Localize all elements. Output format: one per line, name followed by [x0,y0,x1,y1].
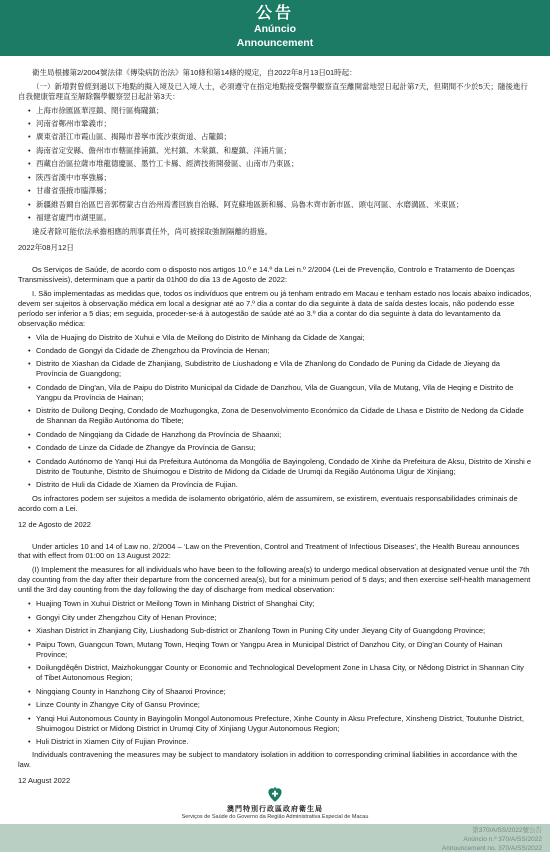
area-item: Vila de Huajing do Distrito de Xuhui e V… [28,333,532,343]
area-list-pt: Vila de Huajing do Distrito de Xuhui e V… [18,333,532,491]
area-item: Linze County in Zhangye City of Gansu Pr… [28,700,532,710]
area-item: 上海市徐匯區華涇鎮、閔行區梅隴鎮； [28,106,532,116]
area-item: Condado de Gongyi da Cidade de Zhengzhou… [28,346,532,356]
area-list-zh: 上海市徐匯區華涇鎮、閔行區梅隴鎮； 河南省鄭州市鞏義市； 廣東省湛江市霞山區、揭… [18,106,532,224]
area-item: Yanqi Hui Autonomous County in Bayingoli… [28,714,532,734]
area-item: Huli District in Xiamen City of Fujian P… [28,737,532,747]
area-item: Ningqiang County in Hanzhong City of Sha… [28,687,532,697]
paragraph: Under articles 10 and 14 of Law no. 2/20… [18,542,532,562]
area-item: 陝西省漢中市寧強縣； [28,173,532,183]
area-item: Distrito de Duilong Deqing, Condado de M… [28,406,532,426]
date-line-zh: 2022年08月12日 [18,243,532,253]
date-line-en: 12 August 2022 [18,776,532,786]
announcement-ref-zh: 第370/A/SS/2022號公告 [8,827,542,836]
area-item: Doilungdêqên District, Maizhokunggar Cou… [28,663,532,683]
announcement-ref-pt: Anúncio n.º 370/A/SS/2022 [8,836,542,845]
title-en: Announcement [0,37,550,50]
area-item: Gongyi City under Zhengzhou City of Hena… [28,613,532,623]
area-item: 甘肅省張掖市臨澤縣； [28,186,532,196]
health-bureau-logo-icon [267,787,283,803]
document-body: 衛生局根據第2/2004號法律《傳染病防治法》第10條和第14條的規定，自202… [0,56,550,787]
area-item: 河南省鄭州市鞏義市； [28,119,532,129]
org-name-zh: 澳門特別行政區政府衛生局 [0,804,550,814]
title-zh: 公告 [0,5,550,23]
area-item: Xiashan District in Zhanjiang City, Lius… [28,626,532,636]
paragraph: (I) Implement the measures for all indiv… [18,565,532,595]
closing-statement: Os infractores podem ser sujeitos a medi… [18,494,532,514]
area-item: Condado de Ningqiang da Cidade de Hanzho… [28,430,532,440]
announcement-document: 公告 Anúncio Announcement 衛生局根據第2/2004號法律《… [0,0,550,852]
date-line-pt: 12 de Agosto de 2022 [18,520,532,530]
area-item: 新疆維吾爾自治區巴音郭楞蒙古自治州焉耆回族自治縣、阿克蘇地區新和縣、烏魯木齊市新… [28,200,532,210]
area-item: 西藏自治區拉薩市堆龍德慶區、墨竹工卡縣、經濟技術開發區、山南市乃東區； [28,159,532,169]
section-portuguese: Os Serviços de Saúde, de acordo com o di… [18,265,532,530]
area-list-en: Huajing Town in Xuhui District or Meilon… [18,599,532,747]
paragraph: Os Serviços de Saúde, de acordo com o di… [18,265,532,285]
section-chinese: 衛生局根據第2/2004號法律《傳染病防治法》第10條和第14條的規定，自202… [18,68,532,253]
area-item: Distrito de Huli da Cidade de Xiamen da … [28,480,532,490]
area-item: 廣東省湛江市霞山區、揭陽市普寧市流沙東街道、占隴鎮； [28,132,532,142]
area-item: Distrito de Xiashan da Cidade de Zhanjia… [28,359,532,379]
org-name-pt: Serviços de Saúde do Governo da Região A… [0,814,550,820]
area-item: Condado de Linze da Cidade de Zhangye da… [28,443,532,453]
closing-statement: 違反者除可能依法承擔相應的刑事責任外，尚可被採取強制隔離的措施。 [18,227,532,237]
paragraph: （一）新增對曾經到過以下地點的擬入境及已入境人士，必須遵守在指定地點接受醫學觀察… [18,82,532,102]
area-item: 海南省定安縣、儋州市市轄區排浦鎮、光村鎮、木棠鎮、和慶鎮、洋浦片區； [28,146,532,156]
area-item: Huajing Town in Xuhui District or Meilon… [28,599,532,609]
closing-statement: Individuals contravening the measures ma… [18,750,532,770]
area-item: Condado Autónomo de Yanqi Hui da Prefeit… [28,457,532,477]
paragraph: I. São implementadas as medidas que, tod… [18,289,532,329]
announcement-ref-en: Announcement no. 370/A/SS/2022 [8,845,542,852]
bureau-footer: 澳門特別行政區政府衛生局 Serviços de Saúde do Govern… [0,787,550,820]
area-item: 福建省廈門市湖里區。 [28,213,532,223]
reference-band: 第370/A/SS/2022號公告 Anúncio n.º 370/A/SS/2… [0,824,550,852]
area-item: Condado de Ding'an, Vila de Paipu do Dis… [28,383,532,403]
paragraph: 衛生局根據第2/2004號法律《傳染病防治法》第10條和第14條的規定，自202… [18,68,532,78]
header-banner: 公告 Anúncio Announcement [0,0,550,56]
title-pt: Anúncio [0,23,550,36]
section-english: Under articles 10 and 14 of Law no. 2/20… [18,542,532,787]
area-item: Paipu Town, Guangcun Town, Mutang Town, … [28,640,532,660]
